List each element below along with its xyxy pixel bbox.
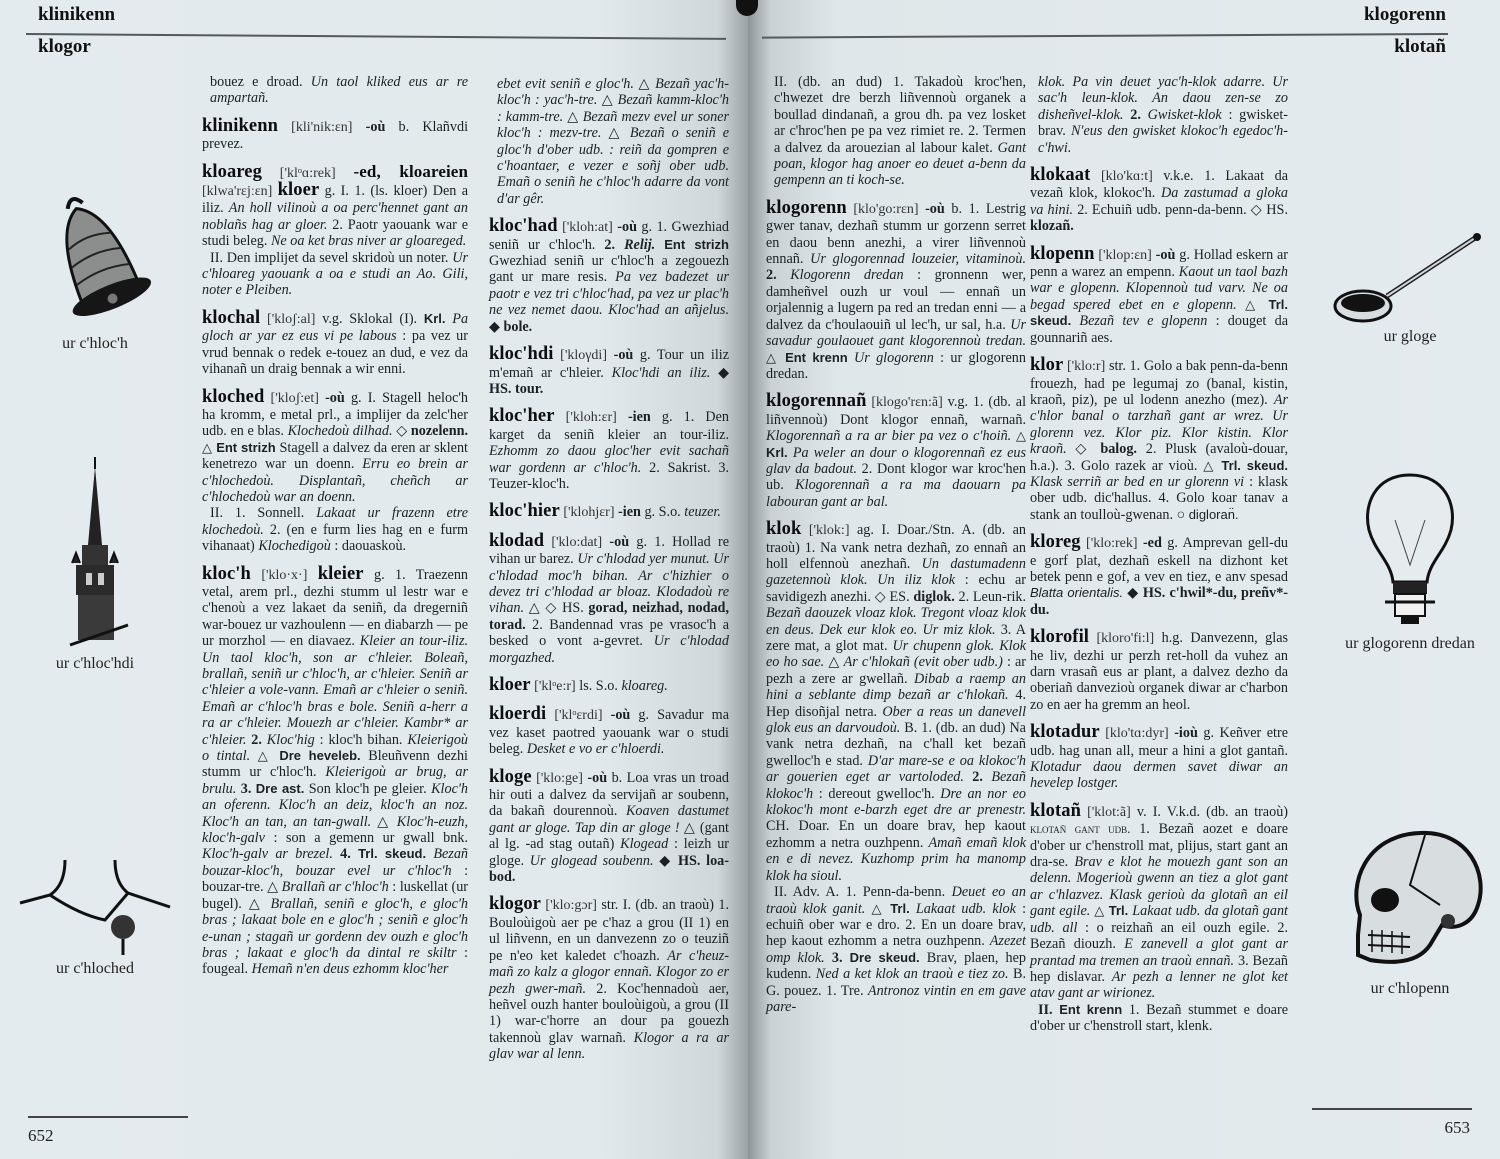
running-head-top: klinikenn — [38, 4, 115, 26]
headword: klogorennañ — [766, 391, 866, 411]
pronunciation: [kloro'fi:l] — [1096, 631, 1154, 646]
phrase-small-caps: klotañ gant udb. — [1030, 821, 1130, 836]
headword: klotadur — [1030, 722, 1100, 742]
footer-rule — [28, 1116, 188, 1118]
example-text: Gwisket-klok — [1148, 107, 1222, 123]
headword: klor — [1030, 355, 1063, 375]
plural: -où — [366, 119, 386, 135]
pronunciation: ['klo:rek] — [1086, 536, 1138, 551]
headword: klochal — [202, 308, 260, 328]
sense-number: 2. — [1130, 107, 1141, 123]
definition-text: : kloc'h bihan. — [320, 732, 403, 748]
pronunciation: ['klᵒe:r] — [534, 679, 576, 694]
cross-reference: ○ — [1177, 507, 1186, 523]
example-text: Ur glogorennad louzeier, vitaminoù. — [810, 251, 1026, 267]
example-text: △ Ar c'hlokañ (evit ober udb.) — [828, 654, 1003, 670]
figure-bell: ur c'hloc'h — [20, 180, 170, 353]
cross-reference: ◇ HS. — [1251, 202, 1288, 218]
plural: -où — [587, 770, 607, 786]
headword: klodad — [489, 531, 544, 551]
pronunciation: ['klo:ge] — [536, 771, 583, 786]
column-1: bouez e droad. Un taol kliked eus ar re … — [210, 74, 468, 989]
sense-number: 2. — [766, 267, 777, 283]
left-page: klinikenn klogor ur c'hloc'h ur c'hloc' — [0, 0, 748, 1159]
pronunciation: [kli'nik:ɛn] — [291, 120, 352, 135]
page-number: 652 — [28, 1126, 54, 1146]
header-rule — [26, 33, 726, 40]
header-rule — [762, 33, 1448, 39]
figure-caption: ur c'hlopenn — [1320, 980, 1500, 998]
example-text: Klochedoù dilhad. — [288, 423, 393, 439]
entry-kloch: kloc'h ['klo·x·] kleier g. 1. Traezenn v… — [202, 566, 468, 978]
plural: -où — [1156, 247, 1176, 263]
example-text: Klask serriñ ar bed en ur glorenn vi — [1030, 474, 1244, 490]
entry-klogor: klogor ['klo:gɔr] str. I. (db. an traoù)… — [489, 896, 729, 1062]
headword: kloc'hier — [489, 501, 560, 521]
entry-kloched: kloched ['kloʃ:et] -où g. I. Stagell hel… — [202, 389, 468, 555]
figure-ladle: ur gloge — [1320, 228, 1500, 346]
light-bulb-icon — [1355, 470, 1465, 630]
entry-klochier: kloc'hier ['klohjɛr] -ien g. S.o. teuzer… — [489, 503, 729, 521]
headword: klokaat — [1030, 165, 1090, 185]
plural: -ed, kloareien — [353, 162, 468, 181]
usage-tag: △ Trl. — [1094, 903, 1128, 918]
variant: kloer — [278, 180, 320, 200]
pronunciation: ['klo:gɔr] — [545, 898, 597, 913]
bell-icon — [25, 180, 165, 330]
headword: klogor — [489, 894, 541, 914]
headword: kloerdi — [489, 704, 546, 724]
plural: -ien — [628, 409, 651, 425]
definition-text: ls. S.o. — [579, 678, 618, 694]
right-page: klogorenn klotañ II. (db. an dud) 1. Tak… — [748, 0, 1500, 1159]
example-text: Bezañ tev e glopenn — [1079, 313, 1207, 329]
plural: -où — [325, 390, 345, 406]
usage-tag: Dre ast. — [256, 781, 305, 796]
example-text: Klotadur daou dermen savet diwar an heve… — [1030, 759, 1288, 791]
usage-tag: △ Ent krenn — [766, 350, 848, 365]
plural: -ien — [618, 504, 641, 520]
plural: -où — [617, 219, 637, 235]
pronunciation: ['klot:ã] — [1087, 805, 1131, 820]
church-spire-icon — [40, 455, 150, 650]
plural: kleier — [318, 564, 364, 584]
usage-tag: Ent krenn — [1059, 1002, 1122, 1017]
pronunciation: [klo'go:rɛn] — [853, 202, 918, 217]
example-text: Ur glogead soubenn. — [530, 853, 654, 869]
headword: kloge — [489, 767, 532, 787]
example-text: Klogead — [620, 836, 668, 852]
figure-caption: ur c'hloc'h — [20, 335, 170, 353]
entry-carry-over: ebet evit seniñ e gloc'h. △ Bezañ yac'h-… — [497, 76, 729, 207]
entry-carry-over: klok. Pa vin deuet yac'h-klok adarre. Ur… — [1038, 74, 1288, 156]
headword: klogorenn — [766, 198, 847, 218]
headword: kloareg — [202, 162, 262, 182]
definition-text: 3. Golo razek ar vioù. — [1065, 458, 1198, 474]
entry-klotadur: klotadur [klo'tɑ:dyr] -ioù g. Keñver etr… — [1030, 724, 1288, 792]
entry-kloerdi: kloerdi ['klᵒɛrdi] -où g. Savadur ma vez… — [489, 706, 729, 757]
figure-church-spire: ur c'hloc'hdi — [40, 455, 150, 673]
definition-text: : dereout gwelloc'h. — [819, 786, 935, 802]
pronunciation: [klogo'rɛn:ã] — [871, 395, 942, 410]
headword: kloc'hdi — [489, 344, 554, 364]
headword: kloer — [489, 675, 531, 695]
definition-text: g. S.o. — [644, 504, 680, 520]
entry-kloge: kloge ['klo:ge] -où b. Loa vras un troad… — [489, 769, 729, 886]
example-text: Kleier an tour-iliz. Un taol kloc'h, son… — [202, 633, 468, 747]
running-head-bottom: klogor — [38, 36, 91, 58]
sense-number: 3. — [832, 950, 843, 966]
usage-tag: △ Trl. skeud. — [1203, 458, 1288, 473]
usage-tag: △ Ent strizh — [202, 440, 276, 455]
collar-brooch-icon — [10, 855, 180, 955]
example-text: Kloc'hig — [267, 732, 315, 748]
example-text: Desket e vo er c'hloerdi. — [527, 741, 665, 757]
entry-kloareg: kloareg ['klᵒɑ:rek] -ed, kloareien [klwa… — [202, 164, 468, 299]
headword: kloreg — [1030, 532, 1081, 552]
headword: kloc'had — [489, 216, 558, 236]
sense-number: II. — [1038, 1002, 1053, 1018]
definition-text: II. Adv. A. 1. Penn-da-benn. — [774, 884, 945, 900]
usage-tag: Relij. — [624, 237, 655, 253]
figure-collar: ur c'hloched — [10, 855, 180, 978]
pronunciation: ['klohjɛr] — [563, 505, 614, 520]
example-text: Bezañ daouzek vloaz klok. Tregont vloaz … — [766, 605, 1026, 637]
sense-number: 2. — [251, 732, 262, 748]
example-text: Lakaat udb. klok — [916, 901, 1016, 917]
headword: kloc'her — [489, 406, 555, 426]
entry-klokaat: klokaat [klo'kɑ:t] v.k.e. 1. Lakaat da v… — [1030, 167, 1288, 235]
definition-text: Son kloc'h pe gleier. — [309, 781, 427, 797]
pronunciation: [klo'kɑ:t] — [1101, 169, 1153, 184]
example-text: Klochedigoù — [258, 538, 331, 554]
column-2: ebet evit seniñ e gloc'h. △ Bezañ yac'h-… — [497, 76, 729, 1074]
cross-reference: diglok. — [913, 589, 954, 605]
example-text: N'eus den gwisket klokoc'h egedoc'h-c'hw… — [1038, 123, 1288, 155]
figure-caption: ur c'hloched — [10, 960, 180, 978]
entry-klor: klor ['klo:r] str. 1. Golo a bak penn-da… — [1030, 357, 1288, 523]
example-text: △ Brallañ ar c'hloc'h — [267, 879, 389, 895]
cross-reference: klozañ. — [1030, 218, 1074, 234]
headword: klorofil — [1030, 627, 1089, 647]
definition-text: : o reizhañ an eil ouzh egile. — [1085, 920, 1270, 936]
pronunciation: ['klo:r] — [1067, 359, 1105, 374]
example-text: Ur glogorenn — [854, 350, 934, 366]
pronunciation: ['klop:ɛn] — [1098, 248, 1152, 263]
entry-kloer: kloer ['klᵒe:r] ls. S.o. kloareg. — [489, 677, 729, 695]
entry-klotan: klotañ ['klot:ã] v. I. V.k.d. (db. an tr… — [1030, 803, 1288, 1035]
sense-number: 2. — [604, 237, 615, 253]
headword: kloched — [202, 387, 264, 407]
footer-rule — [1312, 1108, 1472, 1110]
pronunciation: [klwa'rɛjːɛn] — [202, 184, 272, 199]
cross-reference: △ ◇ HS. — [529, 600, 584, 616]
pronunciation: ['kloʃ:al] — [267, 312, 315, 327]
cross-reference: ◇ ES. — [875, 589, 910, 605]
pronunciation: ['kloh:at] — [562, 220, 613, 235]
usage-tag: Ent strizh — [664, 237, 729, 252]
pronunciation: ['klo·x·] — [261, 568, 307, 583]
figure-caption: ur glogorenn dredan — [1320, 635, 1500, 653]
example-text: Ned a ket klok an traoù e tiez zo. — [816, 966, 1009, 982]
definition-text: II. 1. Sonnell. — [210, 505, 304, 521]
usage-tag: Trl. skeud. — [358, 846, 426, 861]
sense-number: 3. — [241, 781, 252, 797]
example-text: Klogorenn dredan — [790, 267, 903, 283]
cross-reference: teuzer. — [684, 504, 721, 520]
plural: -où — [609, 534, 629, 550]
example-text: Ne oa ket bras niver ar gloareged. — [271, 233, 466, 249]
entry-klinikenn: klinikenn [kli'nik:ɛn] -où b. Klañvdi pr… — [202, 118, 468, 153]
pronunciation: ['kloh:ɛr] — [566, 410, 617, 425]
usage-tag: Krl. — [424, 311, 446, 326]
example-text: Klogorennañ a ra ma daouarn pa labouran … — [766, 477, 1026, 509]
cross-reference: ◇ — [1075, 441, 1091, 457]
usage-tag: Dre skeud. — [850, 950, 920, 965]
headword: klotañ — [1030, 801, 1081, 821]
cross-reference: ◆ HS. — [1127, 585, 1165, 601]
entry-klogorennan: klogorennañ [klogo'rɛn:ã] v.g. 1. (db. a… — [766, 393, 1026, 510]
usage-tag: △ Trl. — [871, 901, 909, 916]
example-text: Hemañ n'en deus ezhomm kloc'her — [252, 961, 449, 977]
definition-text: v. I. V.k.d. (db. an traoù) — [1137, 804, 1288, 820]
entry-carry-over: bouez e droad. Un taol kliked eus ar re … — [210, 74, 468, 107]
page-number: 653 — [1445, 1118, 1471, 1138]
pronunciation: ['kloʃ:et] — [271, 391, 319, 406]
figure-light-bulb: ur glogorenn dredan — [1320, 470, 1500, 653]
entry-klodad: klodad ['klo:dat] -où g. 1. Hollad re vi… — [489, 533, 729, 666]
entry-kloreg: kloreg ['klo:rek] -ed g. Amprevan gell-d… — [1030, 534, 1288, 618]
plural: -où — [925, 201, 945, 217]
running-head-top: klogorenn — [1364, 4, 1446, 26]
definition-text: : daouaskoù. — [334, 538, 406, 554]
pronunciation: [klo'tɑ:dyr] — [1105, 726, 1169, 741]
definition-text: 2. Leun-rik. — [959, 589, 1027, 605]
cross-reference: ◆ bole. — [489, 319, 532, 335]
column-4: klok. Pa vin deuet yac'h-klok adarre. Ur… — [1038, 74, 1288, 1046]
usage-tag: △ Dre heveleb. — [258, 748, 361, 763]
entry-klochdi: kloc'hdi ['kloγdi] -où g. Tour un iliz m… — [489, 346, 729, 397]
pronunciation: ['klo:dat] — [551, 535, 602, 550]
skull-icon — [1330, 825, 1490, 975]
definition-text: II. Den implijet da sevel skridoù un not… — [210, 250, 448, 266]
column-3: II. (db. an dud) 1. Takadoù kroc'hen, c'… — [774, 74, 1026, 1026]
example-text: Klogorennañ a ra ar bier pa vez o c'hoiñ… — [766, 428, 1011, 444]
definition-text: 2. Echuiñ udb. penn-da-benn. — [1077, 202, 1246, 218]
running-head-bottom: klotañ — [1394, 36, 1446, 58]
cross-reference: digloran̈. — [1189, 507, 1239, 522]
entry-klopenn: klopenn ['klop:ɛn] -où g. Hollad eskern … — [1030, 246, 1288, 346]
sense-number: 4. — [340, 846, 351, 862]
figure-caption: ur gloge — [1320, 328, 1500, 346]
ladle-icon — [1325, 228, 1495, 323]
figure-caption: ur c'hloc'hdi — [40, 655, 150, 673]
definition-text: bouez e droad. — [210, 74, 311, 90]
example-text: △ Brallañ, seniñ e gloc'h, e gloc'h bras… — [202, 896, 468, 961]
example-text: Kloc'h-galv ar brezel. — [202, 846, 333, 862]
cross-reference: balog. — [1100, 441, 1137, 457]
cross-reference: ◇ nozelenn. — [396, 423, 468, 439]
example-text: Kloc'hdi an iliz. — [612, 365, 711, 381]
definition-text: v.g. Sklokal (I). — [322, 311, 417, 327]
entry-klochad: kloc'had ['kloh:at] -où g. 1. Gwezhiad s… — [489, 218, 729, 335]
cross-reference: kloareg. — [621, 678, 667, 694]
pronunciation: ['klᵒɛrdi] — [554, 708, 602, 723]
entry-klocher: kloc'her ['kloh:ɛr] -ien g. 1. Den karge… — [489, 408, 729, 492]
entry-klorofil: klorofil [kloro'fi:l] h.g. Danvezenn, gl… — [1030, 629, 1288, 713]
plural: -où — [614, 347, 634, 363]
sense-number: 2. — [972, 769, 983, 785]
headword: klok — [766, 519, 801, 539]
pronunciation: ['klok:] — [809, 523, 850, 538]
pronunciation: ['klᵒɑ:rek] — [280, 166, 336, 181]
figure-skull: ur c'hlopenn — [1320, 825, 1500, 998]
headword: klopenn — [1030, 244, 1094, 264]
entry-klogorenn: klogorenn [klo'go:rɛn] -où b. 1. Lestrig… — [766, 200, 1026, 382]
entry-klok: klok ['klok:] ag. I. Doar./Stn. A. (db. … — [766, 521, 1026, 1015]
headword: kloc'h — [202, 564, 251, 584]
plural: -ed — [1143, 535, 1162, 551]
entry-klochal: klochal ['kloʃ:al] v.g. Sklokal (I). Krl… — [202, 310, 468, 378]
pronunciation: ['kloγdi] — [560, 348, 607, 363]
definition-text: : son a gemenn ur gwall bnk. — [274, 830, 469, 846]
entry-carry-over: II. (db. an dud) 1. Takadoù kroc'hen, c'… — [774, 74, 1026, 189]
headword: klinikenn — [202, 116, 278, 136]
scientific-name: Blatta orientalis. — [1030, 585, 1123, 600]
plural: -ioù — [1174, 725, 1198, 741]
plural: -où — [611, 707, 631, 723]
